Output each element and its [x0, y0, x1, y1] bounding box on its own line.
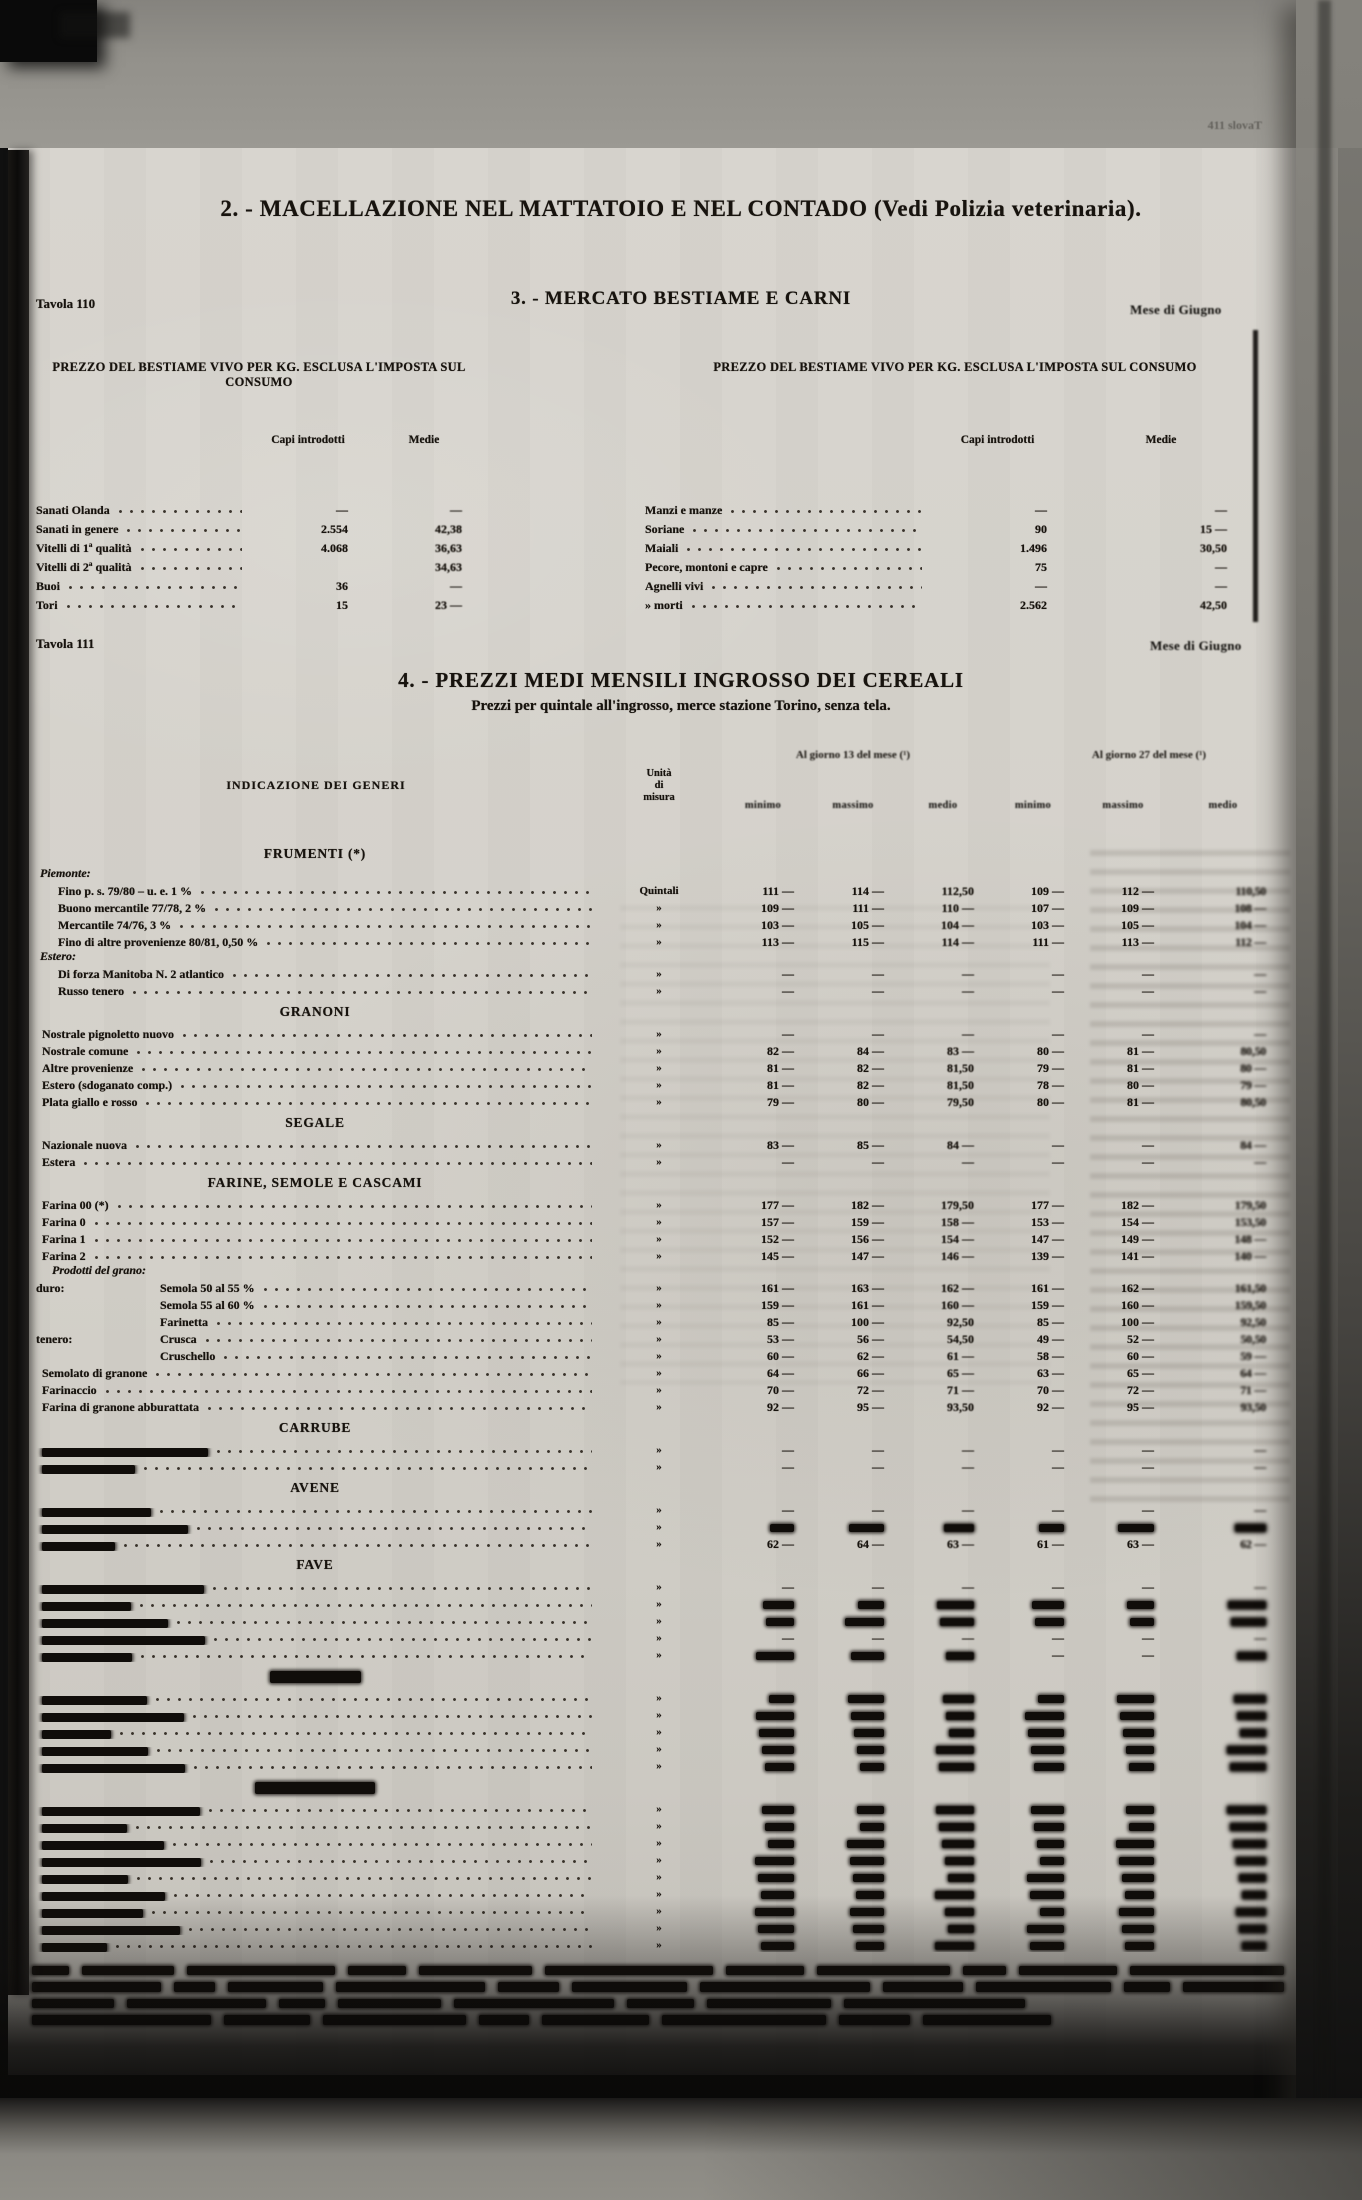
- value-text: 113 —: [1122, 935, 1154, 949]
- dotted-leader: [105, 1389, 592, 1394]
- value-cell: [718, 1871, 808, 1884]
- illegible-ink-smudge: [42, 1764, 185, 1773]
- value-cell: 179,50: [898, 1199, 988, 1212]
- value-text: —: [1052, 1580, 1064, 1594]
- row-label-cell: [30, 1542, 600, 1551]
- illegible-ink-smudge: [1034, 1823, 1064, 1831]
- value-cell: [808, 1820, 898, 1833]
- value-cell: 81 —: [1078, 1096, 1168, 1109]
- table-row: Di forza Manitoba N. 2 atlantico»——————: [30, 964, 1340, 981]
- dotted-leader: [692, 528, 922, 533]
- table-row: duro:Semola 50 al 55 %»161 —163 —162 —16…: [30, 1278, 1340, 1295]
- value-text: 62 —: [1240, 1537, 1266, 1551]
- section-header: AVENE: [30, 1474, 600, 1500]
- value-text: —: [782, 1460, 794, 1474]
- unit-cell: »: [600, 1384, 718, 1397]
- value-cell: 161 —: [718, 1282, 808, 1295]
- value-cell: [1078, 1709, 1168, 1722]
- value-text: 64 —: [767, 1366, 794, 1380]
- value-cell: [718, 1854, 808, 1867]
- dotted-leader: [208, 1808, 592, 1813]
- illegible-ink-smudge: [768, 1840, 794, 1848]
- illegible-ink-smudge: [1040, 1857, 1064, 1865]
- dotted-leader: [94, 1255, 592, 1260]
- value-cell: —: [898, 985, 988, 998]
- value-cell: 65 —: [898, 1367, 988, 1380]
- livestock-label: Agnelli vivi: [645, 580, 703, 593]
- subcol-massimo: massimo: [808, 788, 898, 822]
- illegible-ink-smudge: [1123, 1729, 1154, 1737]
- table-row: »: [30, 1739, 1340, 1756]
- value-cell: [808, 1692, 898, 1705]
- value-cell: [988, 1743, 1078, 1756]
- value-cell: [718, 1649, 808, 1662]
- value-text: 80 —: [1127, 1078, 1154, 1092]
- subcol-medio: medio: [898, 788, 988, 822]
- value-cell: —: [808, 1028, 898, 1041]
- value-cell: —: [1078, 1581, 1168, 1594]
- row-label-cell: Cruschello: [30, 1350, 600, 1363]
- col-genere-header: INDICAZIONE DEI GENERI: [36, 740, 596, 830]
- value-text: 72 —: [1127, 1383, 1154, 1397]
- unit-cell: »: [600, 1521, 718, 1534]
- value-cell: 82 —: [808, 1079, 898, 1092]
- value-cell: 81,50: [898, 1062, 988, 1075]
- table-row: »——————: [30, 1457, 1340, 1474]
- illegible-ink-smudge: [42, 1542, 115, 1551]
- right-col-media-header: Medie: [1065, 434, 1257, 446]
- value-text: 84 —: [947, 1138, 974, 1152]
- illegible-ink-smudge: [769, 1695, 794, 1703]
- illegible-ink-smudge: [1031, 1746, 1064, 1754]
- value-text: 85 —: [767, 1315, 794, 1329]
- value-cell: 80 —: [988, 1045, 1078, 1058]
- illegible-ink-smudge: [1129, 1823, 1154, 1831]
- value-cell: [898, 1760, 988, 1773]
- value-cell: —: [898, 968, 988, 981]
- row-label-cell: [30, 1713, 600, 1722]
- value-text: 109 —: [761, 901, 794, 915]
- value-cell: 100 —: [1078, 1316, 1168, 1329]
- illegible-ink-smudge: [42, 1636, 205, 1645]
- unit-cell: »: [600, 1139, 718, 1152]
- illegible-ink-smudge: [766, 1618, 794, 1626]
- value-text: 53 —: [767, 1332, 794, 1346]
- value-cell: 70 —: [988, 1384, 1078, 1397]
- illegible-ink-smudge: [940, 1618, 974, 1626]
- value-text: 153,50: [1235, 1215, 1266, 1229]
- section-header: SEGALE: [30, 1109, 600, 1135]
- value-text: 52 —: [1127, 1332, 1154, 1346]
- table-row: »: [30, 1799, 1340, 1816]
- value-cell: 162 —: [1078, 1282, 1168, 1295]
- value-cell: —: [718, 1581, 808, 1594]
- value-text: 63 —: [947, 1537, 974, 1551]
- value-text: 159 —: [761, 1298, 794, 1312]
- value-text: 177 —: [1031, 1198, 1064, 1212]
- unit-cell: »: [600, 1615, 718, 1628]
- value-text: 81 —: [1127, 1044, 1154, 1058]
- dotted-leader: [156, 1748, 592, 1753]
- value-cell: 85 —: [808, 1139, 898, 1152]
- value-text: —: [1052, 1155, 1064, 1169]
- col-unita-lines: Unità di misura: [643, 768, 675, 804]
- value-cell: 149 —: [1078, 1233, 1168, 1246]
- value-cell: 63 —: [898, 1538, 988, 1551]
- unit-cell: »: [600, 1250, 718, 1263]
- row-label: Farinaccio: [42, 1384, 97, 1397]
- row-label-cell: [30, 1841, 600, 1850]
- value-cell: [1078, 1615, 1168, 1628]
- dotted-leader: [155, 1372, 592, 1377]
- cereal-table-body: FRUMENTI (*)Piemonte:Fino p. s. 79/80 – …: [30, 840, 1340, 1952]
- row-label-cell: Altre provenienze: [30, 1062, 600, 1075]
- value-text: 61 —: [947, 1349, 974, 1363]
- left-col-capi-header: Capi introdotti: [250, 434, 366, 446]
- value-text: —: [1142, 1138, 1154, 1152]
- value-text: 152 —: [761, 1232, 794, 1246]
- row-label: Semolato di granone: [42, 1367, 147, 1380]
- value-text: 79,50: [947, 1095, 974, 1109]
- value-text: 161 —: [761, 1281, 794, 1295]
- livestock-row: Sanati Olanda——: [36, 498, 482, 517]
- value-cell: [808, 1803, 898, 1816]
- dotted-leader: [155, 1697, 592, 1702]
- value-cell: 82 —: [718, 1045, 808, 1058]
- value-text: 58 —: [1037, 1349, 1064, 1363]
- livestock-label: Vitelli di 2ª qualità: [36, 561, 132, 574]
- value-cell: 109 —: [1078, 902, 1168, 915]
- value-cell: —: [718, 1156, 808, 1169]
- section-header-text: AVENE: [290, 1480, 340, 1495]
- section-header: [30, 1773, 600, 1799]
- livestock-row: Soriane9015 —: [645, 517, 1257, 536]
- table-row: Semolato di granone»64 —66 —65 —63 —65 —…: [30, 1363, 1340, 1380]
- illegible-ink-smudge: [42, 1465, 135, 1474]
- dotted-leader: [140, 1654, 592, 1659]
- value-cell: —: [898, 1156, 988, 1169]
- illegible-ink-smudge: [42, 1696, 147, 1705]
- value-cell: 61 —: [898, 1350, 988, 1363]
- value-text: 141 —: [1121, 1249, 1154, 1263]
- value-text: 81,50: [947, 1078, 974, 1092]
- film-edge-stripe: [1318, 0, 1331, 2200]
- value-cell: 109 —: [718, 902, 808, 915]
- value-text: —: [1254, 1503, 1266, 1517]
- row-label-cell: Farinetta: [30, 1316, 600, 1329]
- value-text: 70 —: [767, 1383, 794, 1397]
- value-text: 60 —: [1127, 1349, 1154, 1363]
- value-cell: 141 —: [1078, 1250, 1168, 1263]
- value-text: 62 —: [857, 1349, 884, 1363]
- value-cell: 154 —: [1078, 1216, 1168, 1229]
- row-label-cell: [30, 1448, 600, 1457]
- value-text: 84 —: [1240, 1138, 1266, 1152]
- dotted-leader: [159, 1509, 592, 1514]
- table-row: »: [30, 1816, 1340, 1833]
- value-text: 113 —: [762, 935, 794, 949]
- value-cell: 83 —: [898, 1045, 988, 1058]
- value-cell: [718, 1726, 808, 1739]
- value-text: —: [782, 1580, 794, 1594]
- section-header: FAVE: [30, 1551, 600, 1577]
- value-text: 65 —: [1127, 1366, 1154, 1380]
- value-cell: [898, 1615, 988, 1628]
- value-cell: —: [988, 1156, 1078, 1169]
- left-col-media-header: Medie: [366, 434, 482, 446]
- value-cell: 82 —: [808, 1062, 898, 1075]
- value-cell: [808, 1726, 898, 1739]
- dotted-leader: [266, 941, 592, 946]
- group1-header: Al giorno 13 del mese (¹): [718, 740, 988, 770]
- dotted-leader: [66, 604, 242, 609]
- value-cell: 92,50: [898, 1316, 988, 1329]
- value-cell: —: [1078, 1444, 1168, 1457]
- value-cell: —: [898, 1504, 988, 1517]
- illegible-ink-smudge: [849, 1524, 884, 1532]
- livestock-row: Sanati in genere2.55442,38: [36, 517, 482, 536]
- table-row: »: [30, 1756, 1340, 1773]
- value-text: 162 —: [1121, 1281, 1154, 1295]
- value-cell: 160 —: [1078, 1299, 1168, 1312]
- unit-cell: »: [600, 1581, 718, 1594]
- table-row: Farina di granone abburattata»92 —95 —93…: [30, 1397, 1340, 1414]
- value-cell: [808, 1743, 898, 1756]
- illegible-ink-smudge: [1230, 1823, 1266, 1831]
- dotted-leader: [123, 1543, 592, 1548]
- value-cell: 145 —: [718, 1250, 808, 1263]
- value-text: —: [1052, 1138, 1064, 1152]
- row-label-cell: Semolato di granone: [30, 1367, 600, 1380]
- row-label: Semola 55 al 60 %: [160, 1299, 255, 1312]
- illegible-ink-smudge: [765, 1823, 794, 1831]
- dotted-leader: [263, 1304, 592, 1309]
- value-text: 177 —: [761, 1198, 794, 1212]
- unit-line: Unità: [643, 768, 675, 780]
- illegible-ink-smudge: [765, 1763, 794, 1771]
- row-label-cell: Farina 0: [30, 1216, 600, 1229]
- illegible-ink-smudge: [857, 1806, 884, 1814]
- value-text: —: [1254, 967, 1266, 981]
- value-text: —: [1142, 1580, 1154, 1594]
- value-cell: 92 —: [718, 1401, 808, 1414]
- illegible-ink-smudge: [1027, 1874, 1064, 1882]
- value-text: 104 —: [1234, 918, 1266, 932]
- value-text: 154 —: [941, 1232, 974, 1246]
- dotted-leader: [776, 566, 922, 571]
- dotted-leader: [117, 1204, 592, 1209]
- value-cell: 79 —: [988, 1062, 1078, 1075]
- subcol-medio: medio: [1168, 788, 1278, 822]
- value-cell: 52 —: [1078, 1333, 1168, 1346]
- illegible-ink-smudge: [1234, 1695, 1266, 1703]
- dotted-leader: [179, 924, 592, 929]
- row-label-cell: [30, 1824, 600, 1833]
- dotted-leader: [205, 1338, 592, 1343]
- value-text: 56 —: [857, 1332, 884, 1346]
- unit-cell: »: [600, 1096, 718, 1109]
- section-header-text: FRUMENTI (*): [264, 846, 366, 861]
- value-cell: 109 —: [988, 885, 1078, 898]
- livestock-label: Maiali: [645, 542, 678, 555]
- row-label-cell: Nostrale pignoletto nuovo: [30, 1028, 600, 1041]
- table-row: »——————: [30, 1500, 1340, 1517]
- illegible-ink-smudge: [42, 1858, 201, 1867]
- value-cell: 64 —: [718, 1367, 808, 1380]
- value-text: —: [962, 1027, 974, 1041]
- value-text: —: [1142, 1503, 1154, 1517]
- value-cell: —: [988, 1028, 1078, 1041]
- illegible-ink-smudge: [858, 1601, 884, 1609]
- value-cell: 114 —: [898, 936, 988, 949]
- value-text: 92,50: [1240, 1315, 1266, 1329]
- illegible-ink-smudge: [42, 1824, 127, 1833]
- row-label-cell: Estero (sdoganato comp.): [30, 1079, 600, 1092]
- capi-value: 4.068: [250, 542, 366, 555]
- livestock-label: Manzi e manze: [645, 504, 722, 517]
- table-row: Nostrale comune»82 —84 —83 —80 —81 —80,5…: [30, 1041, 1340, 1058]
- illegible-ink-smudge: [759, 1729, 794, 1737]
- value-cell: 95 —: [808, 1401, 898, 1414]
- row-label-cell: Nazionale nuova: [30, 1139, 600, 1152]
- illegible-ink-smudge: [762, 1746, 794, 1754]
- value-cell: 54,50: [898, 1333, 988, 1346]
- unit-cell: »: [600, 1401, 718, 1414]
- value-cell: 81 —: [1078, 1062, 1168, 1075]
- value-text: 115 —: [852, 935, 884, 949]
- value-cell: 161 —: [808, 1299, 898, 1312]
- illegible-ink-smudge: [936, 1746, 974, 1754]
- value-cell: 147 —: [808, 1250, 898, 1263]
- value-cell: 81 —: [718, 1079, 808, 1092]
- row-label-cell: [30, 1465, 600, 1474]
- value-text: 154 —: [1121, 1215, 1154, 1229]
- value-text: —: [1254, 1155, 1266, 1169]
- dotted-leader: [139, 1603, 592, 1608]
- value-cell: —: [808, 1444, 898, 1457]
- section-header: FARINE, SEMOLE E CASCAMI: [30, 1169, 600, 1195]
- value-text: 114 —: [942, 935, 974, 949]
- section-header-text: FARINE, SEMOLE E CASCAMI: [208, 1175, 423, 1190]
- capi-value: 2.562: [930, 599, 1065, 612]
- dotted-leader: [132, 990, 592, 995]
- media-value: 23 —: [366, 599, 482, 612]
- value-cell: 112 —: [1078, 885, 1168, 898]
- value-text: 147 —: [1031, 1232, 1064, 1246]
- value-text: —: [1254, 1027, 1266, 1041]
- value-cell: [718, 1692, 808, 1705]
- value-cell: [808, 1837, 898, 1850]
- illegible-ink-smudge: [1037, 1840, 1064, 1848]
- value-text: 80 —: [1037, 1044, 1064, 1058]
- illegible-ink-smudge: [1130, 1618, 1154, 1626]
- row-label-cell: [30, 1585, 600, 1594]
- film-fade-bottom: [0, 1895, 1362, 2105]
- unit-cell: »: [600, 1837, 718, 1850]
- value-cell: [718, 1709, 808, 1722]
- illegible-ink-smudge: [845, 1618, 884, 1626]
- livestock-label-cell: Vitelli di 1ª qualità: [36, 542, 250, 555]
- table-row: Fino di altre provenienze 80/81, 0,50 %»…: [30, 932, 1340, 949]
- value-cell: 182 —: [1078, 1199, 1168, 1212]
- value-cell: 152 —: [718, 1233, 808, 1246]
- illegible-ink-smudge: [946, 1712, 974, 1720]
- value-text: 85 —: [1037, 1315, 1064, 1329]
- value-cell: 61 —: [988, 1538, 1078, 1551]
- value-text: —: [872, 1503, 884, 1517]
- tavola111-label: Tavola 111: [36, 636, 94, 652]
- livestock-label-cell: Sanati Olanda: [36, 504, 250, 517]
- livestock-row: Manzi e manze——: [645, 498, 1257, 517]
- value-cell: 154 —: [898, 1233, 988, 1246]
- illegible-ink-smudge: [1126, 1806, 1154, 1814]
- value-text: —: [1142, 1631, 1154, 1645]
- unit-cell: »: [600, 1444, 718, 1457]
- row-label-cell: Fino p. s. 79/80 – u. e. 1 %: [30, 885, 600, 898]
- dotted-leader: [207, 1406, 592, 1411]
- value-text: —: [872, 984, 884, 998]
- value-text: —: [1142, 984, 1154, 998]
- illegible-ink-smudge: [946, 1652, 974, 1660]
- group2-header: Al giorno 27 del mese (¹): [988, 740, 1310, 770]
- table-row: »——: [30, 1645, 1340, 1662]
- dotted-leader: [140, 547, 243, 552]
- row-label: Estera: [42, 1156, 75, 1169]
- illegible-ink-smudge: [1231, 1618, 1266, 1626]
- value-cell: 72 —: [808, 1384, 898, 1397]
- illegible-ink-smudge: [854, 1729, 884, 1737]
- section-header: FRUMENTI (*): [30, 840, 600, 866]
- value-cell: [718, 1820, 808, 1833]
- value-text: —: [782, 1443, 794, 1457]
- tavola111-month-label: Mese di Giugno: [1150, 638, 1242, 654]
- illegible-ink-smudge: [948, 1874, 974, 1882]
- livestock-label: Sanati in genere: [36, 523, 118, 536]
- value-cell: [988, 1726, 1078, 1739]
- dotted-leader: [232, 973, 592, 978]
- illegible-ink-smudge: [850, 1857, 884, 1865]
- value-text: —: [1142, 1443, 1154, 1457]
- value-text: 105 —: [851, 918, 884, 932]
- illegible-ink-smudge: [42, 1585, 204, 1594]
- dotted-leader: [135, 1825, 592, 1830]
- media-value: —: [1065, 504, 1257, 517]
- unit-cell: »: [600, 1632, 718, 1645]
- unit-line: misura: [643, 792, 675, 804]
- value-text: 83 —: [767, 1138, 794, 1152]
- dotted-leader: [68, 585, 242, 590]
- livestock-row: Vitelli di 1ª qualità4.06836,63: [36, 536, 482, 555]
- illegible-ink-smudge: [944, 1524, 974, 1532]
- value-text: 80,50: [1240, 1044, 1266, 1058]
- livestock-label-cell: Maiali: [645, 542, 930, 555]
- value-text: 110,50: [1235, 884, 1266, 898]
- section2-title: 2. - MACELLAZIONE NEL MATTATOIO E NEL CO…: [0, 196, 1362, 222]
- value-cell: 62 —: [718, 1538, 808, 1551]
- value-cell: 177 —: [718, 1199, 808, 1212]
- livestock-label: Sanati Olanda: [36, 504, 110, 517]
- value-cell: 100 —: [808, 1316, 898, 1329]
- table-row: Farinaccio»70 —72 —71 —70 —72 —71 —: [30, 1380, 1340, 1397]
- value-cell: 103 —: [718, 919, 808, 932]
- unit-cell: »: [600, 1199, 718, 1212]
- value-cell: [898, 1743, 988, 1756]
- illegible-ink-smudge: [847, 1840, 884, 1848]
- value-cell: 84 —: [898, 1139, 988, 1152]
- illegible-ink-smudge: [1237, 1652, 1266, 1660]
- illegible-ink-smudge: [756, 1712, 794, 1720]
- book-gutter-shadow: [8, 150, 29, 1995]
